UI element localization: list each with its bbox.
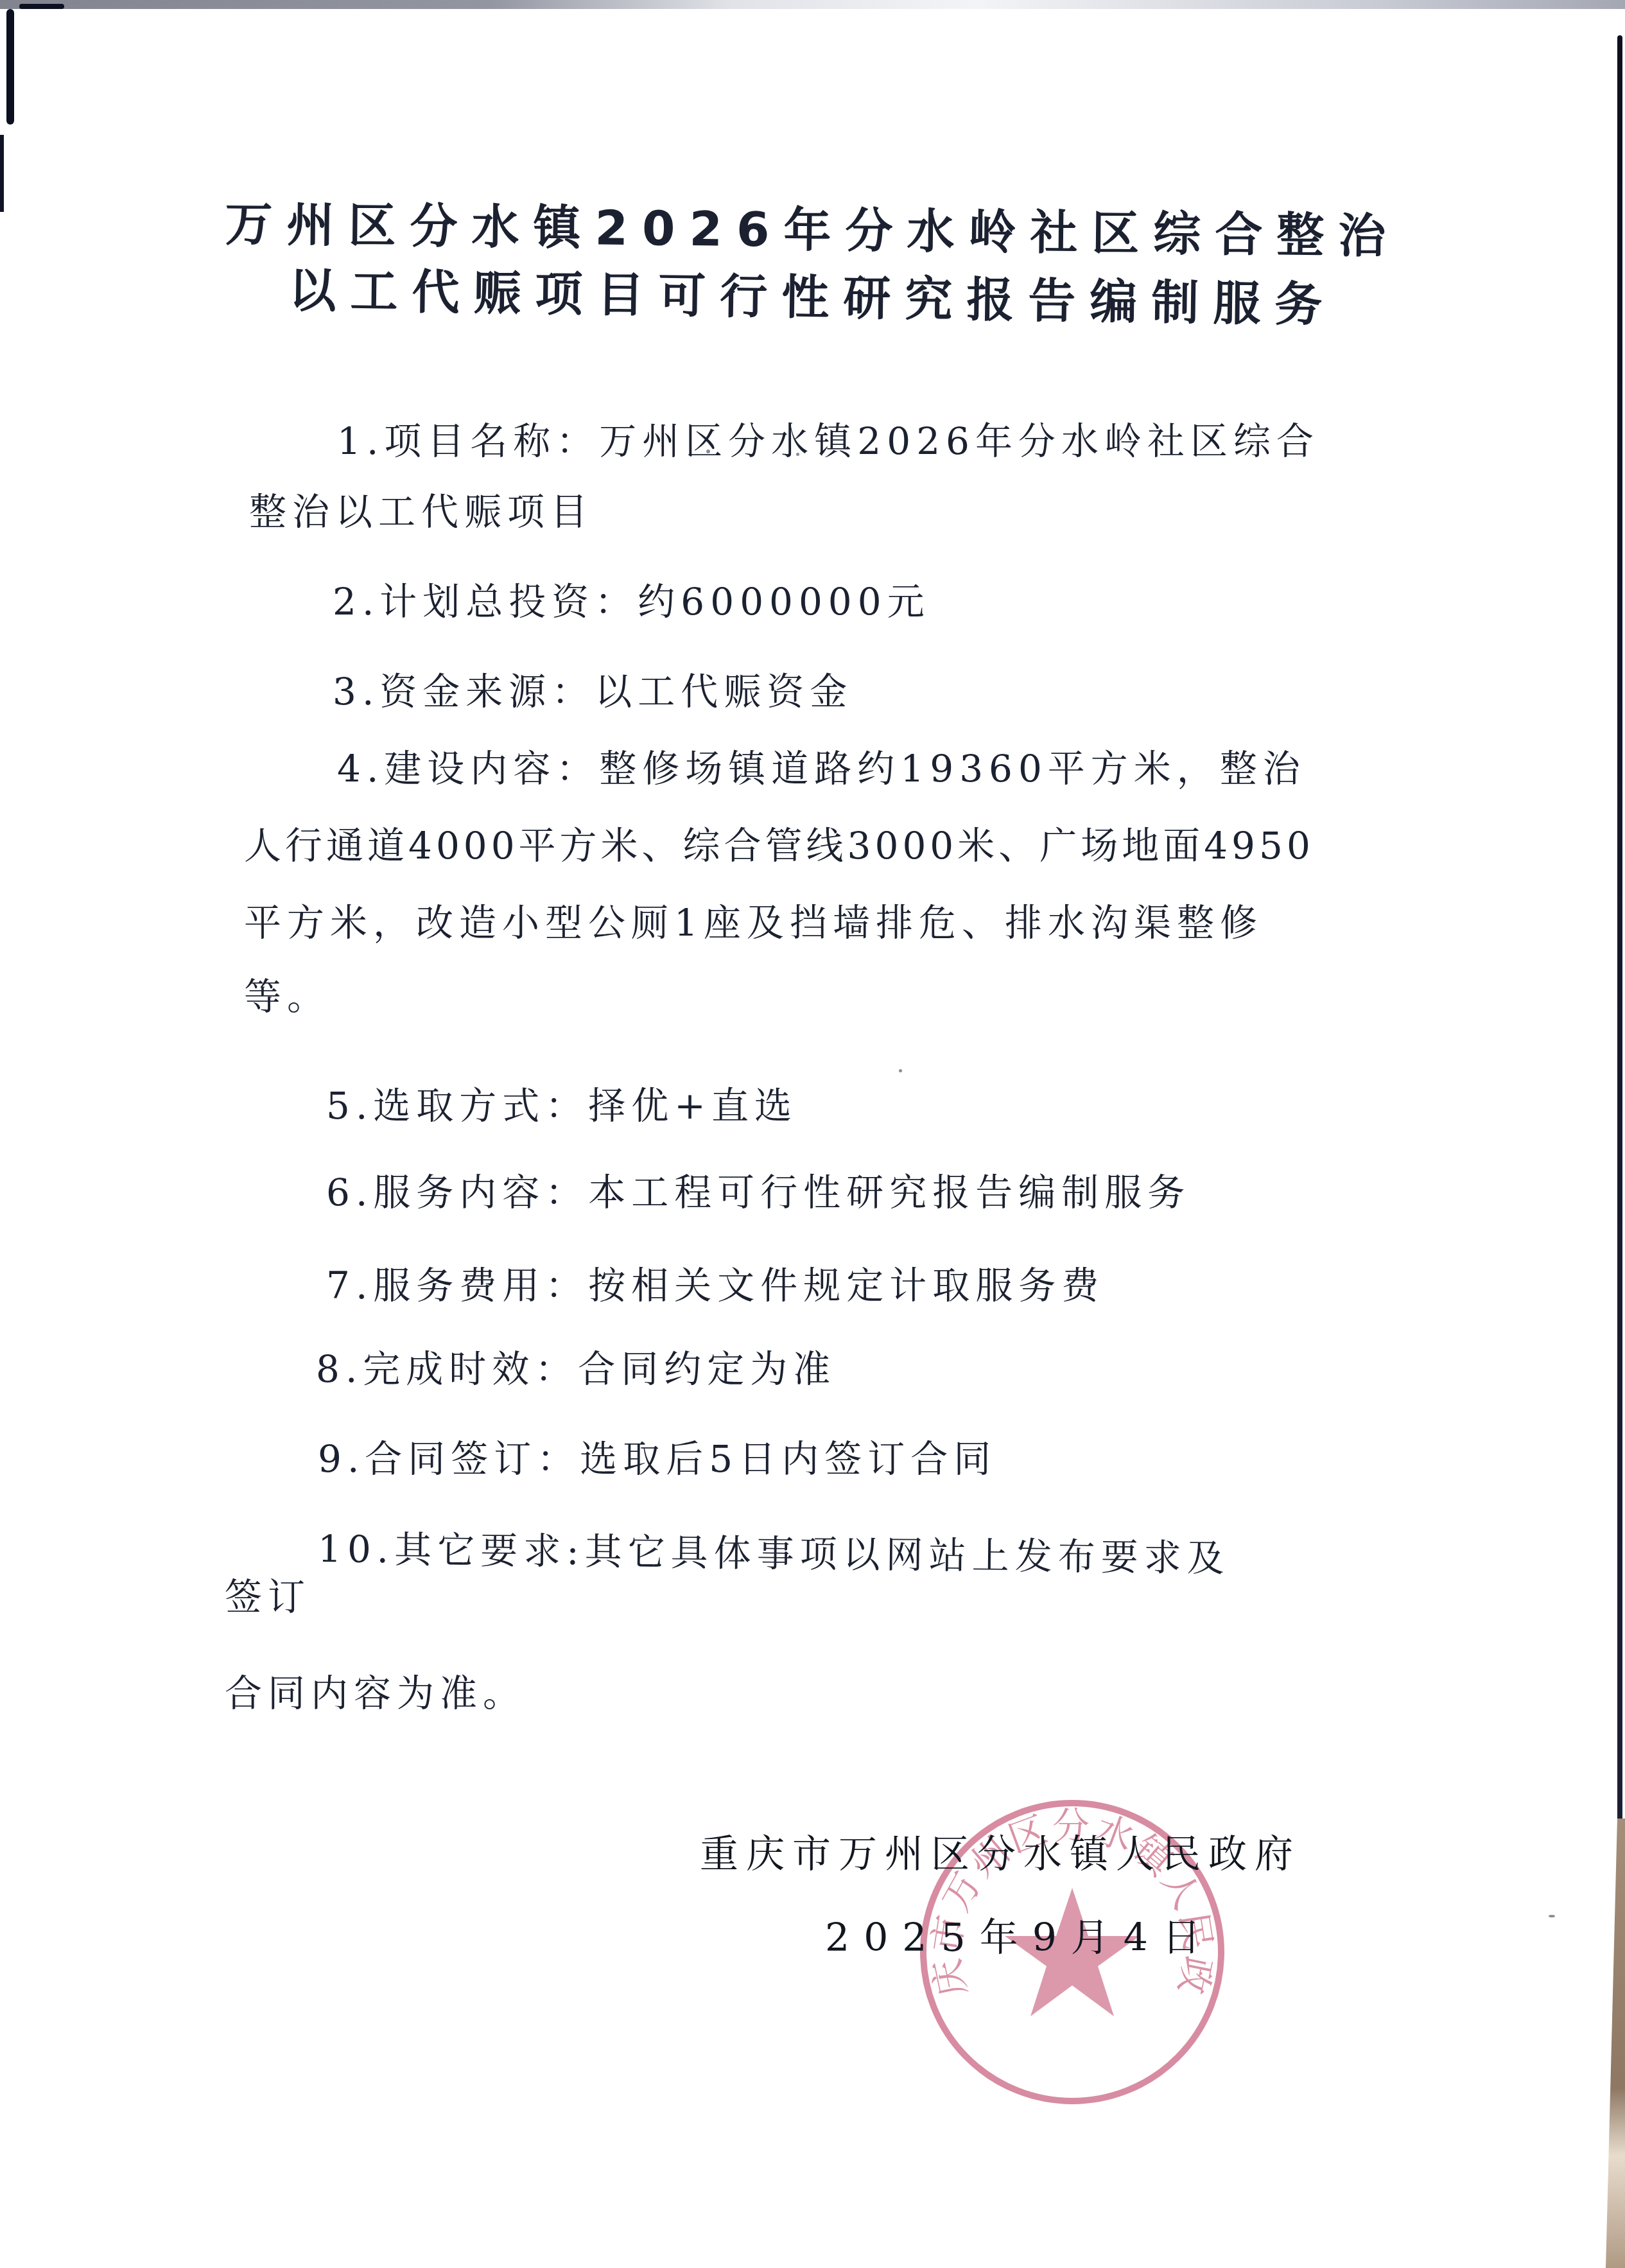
- item-2-total-investment: 2.计划总投资：约6000000元: [333, 571, 930, 625]
- svg-text:重庆市万州区分水镇人民政府: 重庆市万州区分水镇人民政府: [912, 1792, 1221, 2000]
- issue-date: 2025年9月4日: [825, 1907, 1215, 1962]
- photo-edge-left: [6, 9, 14, 125]
- item-10-line-3: 合同内容为准。: [225, 1663, 526, 1717]
- item-3-funding-source: 3.资金来源：以工代赈资金: [333, 661, 853, 715]
- item-10-line-2: 签订: [225, 1567, 311, 1621]
- background-floor: [1606, 1819, 1625, 2268]
- photo-edge-mark: [19, 4, 64, 9]
- item-9-contract-signing: 9.合同签订：选取后5日内签订合同: [318, 1429, 996, 1483]
- item-4-construction-content: 4.建设内容：整修场镇道路约19360平方米，整治: [337, 738, 1306, 792]
- item-10-other-requirements: 10.其它要求:其它具体事项以网站上发布要求及: [318, 1519, 1231, 1582]
- photo-edge-top: [0, 0, 1625, 9]
- item-1-project-name: 1.项目名称：万州区分水镇2026年分水岭社区综合: [337, 411, 1319, 465]
- item-4-line-4: 等。: [244, 966, 330, 1020]
- item-6-service-content: 6.服务内容：本工程可行性研究报告编制服务: [326, 1162, 1190, 1216]
- scan-speckle: [899, 1069, 902, 1072]
- item-1-continuation: 整治以工代赈项目: [249, 482, 593, 536]
- scan-speckle: [1549, 1915, 1555, 1917]
- item-5-selection-method: 5.选取方式：择优+直选: [326, 1076, 797, 1130]
- item-4-line-3: 平方米，改造小型公厕1座及挡墙排危、排水沟渠整修: [244, 893, 1263, 946]
- item-7-service-fee: 7.服务费用：按相关文件规定计取服务费: [326, 1255, 1104, 1309]
- item-8-completion-time: 8.完成时效：合同约定为准: [316, 1339, 836, 1393]
- issuing-organization: 重庆市万州区分水镇人民政府: [700, 1824, 1301, 1879]
- seal-text: 重庆市万州区分水镇人民政府: [912, 1792, 1221, 2000]
- item-4-line-2: 人行通道4000平方米、综合管线3000米、广场地面4950: [244, 816, 1314, 869]
